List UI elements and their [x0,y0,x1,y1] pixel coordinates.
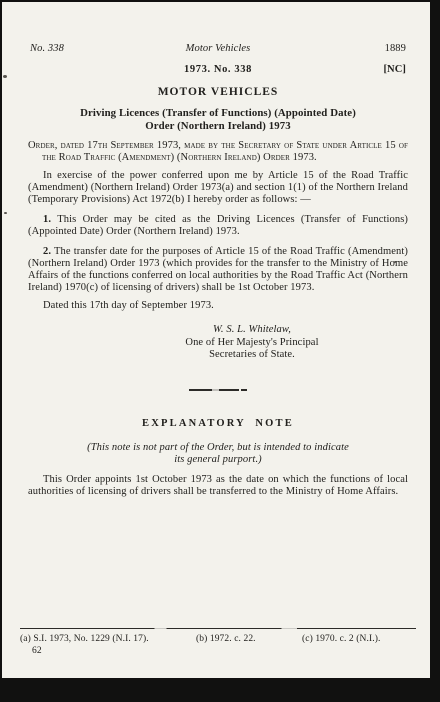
running-header-page-ref: 1889 [385,43,406,55]
enacting-words: In exercise of the power conferred upon … [28,170,408,206]
explanatory-note-heading: EXPLANATORY NOTE [28,418,408,430]
footnote-b: (b) 1972. c. 22. [196,634,302,645]
signatory-name: W. S. L. Whitelaw, [144,324,360,337]
article-1-number: 1. [43,214,51,225]
footnote-a: (a) S.I. 1973, No. 1229 (N.I. 17). [20,634,196,645]
article-2: 2. The transfer date for the purposes of… [28,246,408,294]
footnotes: (a) S.I. 1973, No. 1229 (N.I. 17). (b) 1… [20,628,416,657]
dated-line: Dated this 17th day of September 1973. [28,300,408,312]
explanatory-note-body: This Order appoints 1st October 1973 as … [28,474,408,498]
order-title-line2: Order (Northern Ireland) 1973 [28,120,408,133]
page-content: No. 338 Motor Vehicles 1889 1973. No. 33… [2,2,430,678]
signatory-title-line2: Secretaries of State. [144,349,360,362]
scanned-document: { "scan": { "header": { "left": "No. 338… [0,0,440,702]
nc-tag: [NC] [383,64,406,76]
signature-block: W. S. L. Whitelaw, One of Her Majesty's … [144,324,360,362]
running-header-title: Motor Vehicles [28,43,408,55]
footnote-rule [20,628,416,629]
footnote-row: (a) S.I. 1973, No. 1229 (N.I. 17). (b) 1… [20,634,416,645]
article-2-number: 2. [43,246,51,257]
preamble: Order, dated 17th September 1973, made b… [28,140,408,164]
series-number: 1973. No. 338 [28,64,408,76]
series-line: 1973. No. 338 [NC] [28,64,408,77]
page-number: 62 [20,646,416,657]
document-page: No. 338 Motor Vehicles 1889 1973. No. 33… [2,2,430,678]
article-1: 1. This Order may be cited as the Drivin… [28,214,408,238]
section-divider [189,389,247,391]
order-title: Driving Licences (Transfer of Functions)… [28,107,408,133]
signatory-title-line1: One of Her Majesty's Principal [144,337,360,350]
article-2-text: The transfer date for the purposes of Ar… [28,246,408,293]
subject-heading: MOTOR VEHICLES [28,86,408,98]
footnote-c: (c) 1970. c. 2 (N.I.). [302,634,416,645]
running-header: No. 338 Motor Vehicles 1889 [28,43,408,56]
explanatory-note-caveat: (This note is not part of the Order, but… [85,442,351,467]
article-1-text: This Order may be cited as the Driving L… [28,214,408,237]
order-title-line1: Driving Licences (Transfer of Functions)… [28,107,408,120]
